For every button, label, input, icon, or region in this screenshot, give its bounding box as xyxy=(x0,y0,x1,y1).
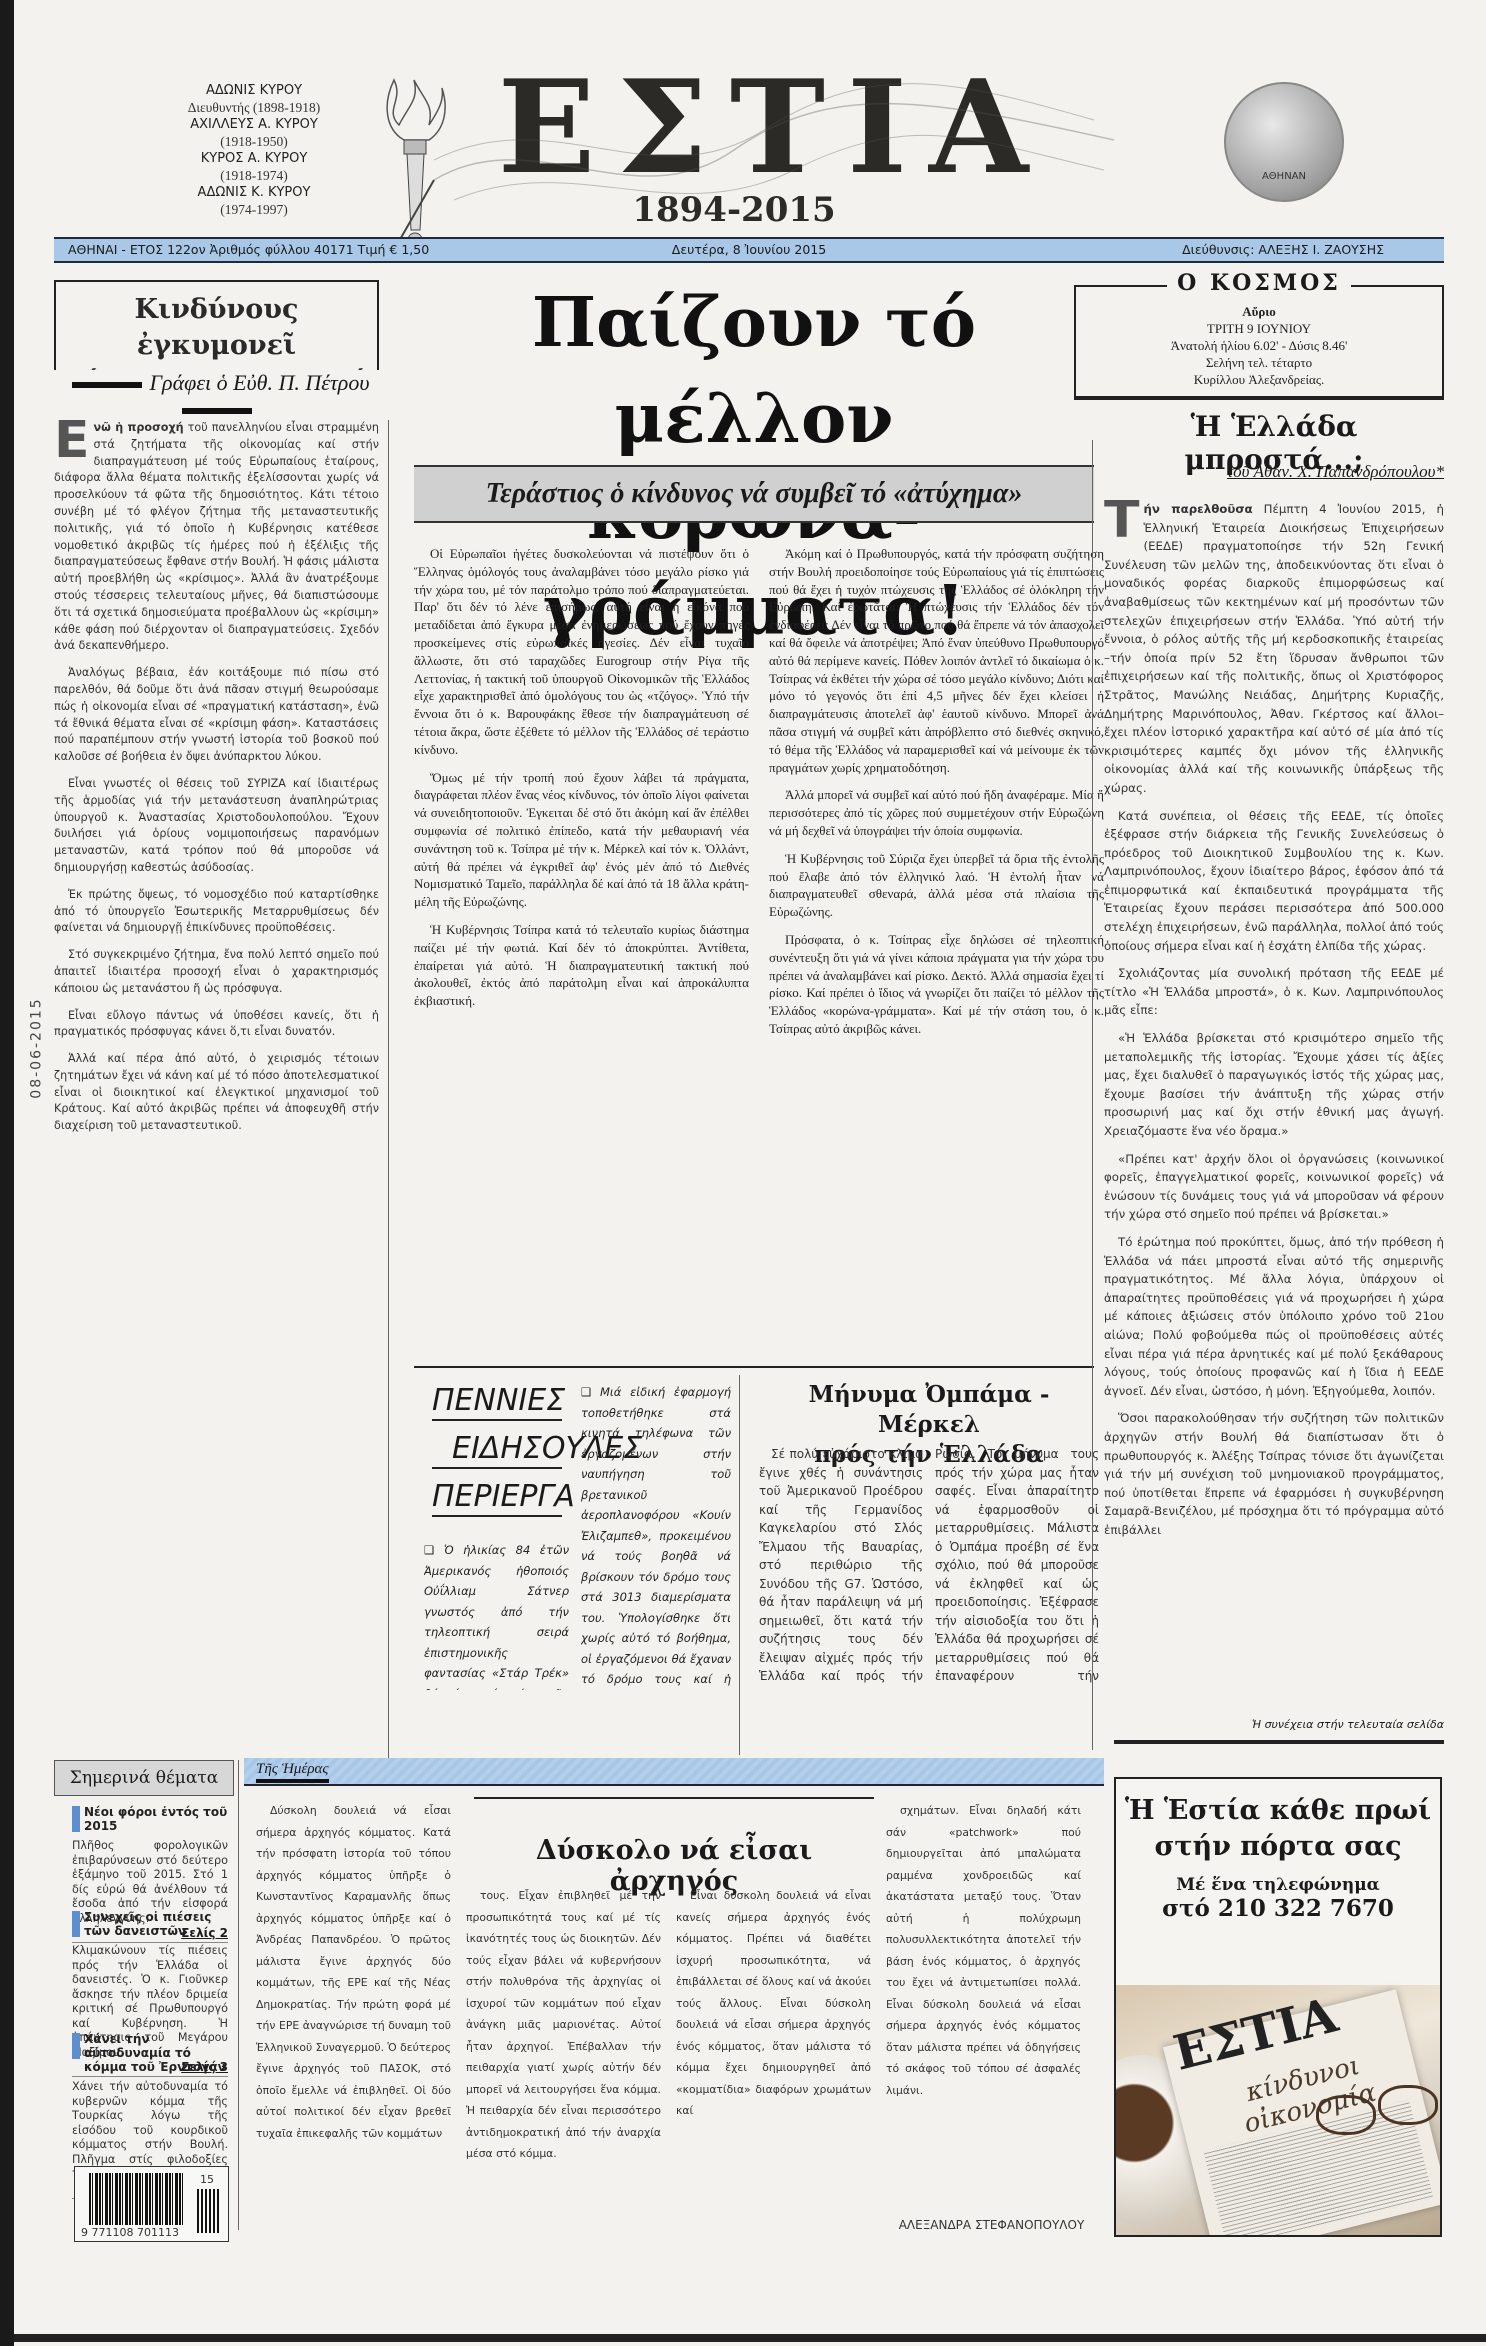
obama-merkel-body: Σέ πολύ εὐχάριστο κλίμα ἔγινε χθές ἡ συν… xyxy=(759,1445,1099,1690)
coin-legend: ΑΘΗΝΑΝ xyxy=(1226,171,1342,182)
tis-imeras-author: ΑΛΕΞΑΝΔΡΑ ΣΤΕΦΑΝΟΠΟΥΛΟΥ xyxy=(884,2218,1099,2232)
barcode-bars-icon xyxy=(89,2173,185,2225)
main-article-body: Οἱ Εὐρωπαῖοι ἡγέτες δυσκολεύονται νά πισ… xyxy=(414,545,1104,1325)
founder-4-years: (1974-1997) xyxy=(134,201,374,218)
logo-years: 1894-2015 xyxy=(584,190,884,230)
vertical-date: 08-06-2015 xyxy=(29,997,45,1098)
topic-title: Συνεχεῖς οἱ πιέσεις τῶν δανειστῶν xyxy=(72,1910,228,1938)
tis-imeras-section-bar: Τῆς Ἡμέρας xyxy=(244,1758,1104,1786)
tis-imeras-title-rule xyxy=(474,1797,874,1799)
tis-imeras-column: Δύσκολη δουλειά νά εἶσαι σήμερα ἀρχηγός … xyxy=(256,1800,451,2230)
kosmos-line: Ἀνατολή ἡλίου 6.02' - Δύσις 8.46' xyxy=(1076,337,1442,354)
main-article-rule xyxy=(414,1366,1094,1368)
right-dropcap: Τ xyxy=(1104,500,1139,540)
column-divider xyxy=(1092,440,1093,1750)
left-article-title-line1: Κινδύνους ἐγκυμονεῖ xyxy=(56,282,377,364)
left-paragraph: Ἀλλά καί πέρα ἀπό αὐτό, ὁ χειρισμός τέτο… xyxy=(54,1051,379,1135)
director-info: Διεύθυνσις: ΑΛΕΞΗΣ Ι. ΖΑΟΥΣΗΣ xyxy=(1182,239,1384,261)
newspaper-front-page: ΑΔΩΝΙΣ ΚΥΡΟΥ Διευθυντής (1898-1918) ΑΧΙΛ… xyxy=(14,0,1486,2346)
tis-imeras-column: τους. Εἶχαν ἐπιβληθεῖ μέ τήν προσωπικότη… xyxy=(466,1885,661,2230)
todays-topics-header: Σημερινά θέματα xyxy=(54,1760,234,1796)
left-paragraph: Στό συγκεκριμένο ζήτημα, ἔνα πολύ λεπτό … xyxy=(54,947,379,997)
kosmos-title: Ο ΚΟΣΜΟΣ xyxy=(1167,270,1351,296)
tis-imeras-column: Εἶναι δύσκολη δουλειά νά εἶναι κανείς σή… xyxy=(676,1885,871,2230)
right-paragraph: Τό ἐρώτημα πού προκύπτει, ὅμως, ἀπό τήν … xyxy=(1104,1233,1444,1400)
left-dropcap: Ε xyxy=(54,420,90,460)
main-paragraph: Πρόσφατα, ὁ κ. Τσίπρας εἶχε δηλώσει σέ τ… xyxy=(769,931,1104,1038)
page-bottom-edge xyxy=(14,2334,1486,2342)
founder-1-years: Διευθυντής (1898-1918) xyxy=(134,99,374,116)
founder-1-name: ΑΔΩΝΙΣ ΚΥΡΟΥ xyxy=(134,82,374,99)
gossip-item: ❑ Ὁ ἡλικίας 84 ἐτῶν Ἀμερικανός ἠθοποιός … xyxy=(424,1540,569,1690)
athena-coin-icon: ΑΘΗΝΑΝ xyxy=(1224,82,1344,202)
main-paragraph: Οἱ Εὐρωπαῖοι ἡγέτες δυσκολεύονται νά πισ… xyxy=(414,545,749,759)
main-paragraph: Ὅμως μέ τήν τροπή πού ἔχουν λάβει τά πρά… xyxy=(414,769,749,911)
barcode-number: 9 771108 701113 xyxy=(81,2226,179,2239)
gossip-logo: ΠΕΝΝΙΕΣ ΕΙΔΗΣΟΥΛΕΣ ΠΕΡΙΕΡΓΑ xyxy=(432,1383,562,1527)
right-paragraph: Σχολιάζοντας μία συνολική πρόταση τῆς ΕΕ… xyxy=(1104,964,1444,1020)
left-article-byline: Γράφει ὁ Εὐθ. Π. Πέτρου xyxy=(54,370,379,422)
left-paragraph: τοῦ πανελληνίου εἶναι στραμμένη στά ζητή… xyxy=(54,421,379,652)
right-article-body: Τήν παρελθοῦσα Πέμπτη 4 Ἰουνίου 2015, ἡ … xyxy=(1104,500,1444,1725)
kosmos-line: Αὔριο xyxy=(1076,303,1442,320)
tis-imeras-column: σχημάτων. Εἶναι δηλαδή κάτι σάν «patchwo… xyxy=(886,1800,1081,2210)
tis-imeras-paragraph: Δύσκολη δουλειά νά εἶσαι σήμερα ἀρχηγός … xyxy=(256,1800,451,2144)
ad-phone: στό 210 322 7670 xyxy=(1116,1895,1440,1922)
ad-headline-line1: Ἡ Ἑστία κάθε πρωί xyxy=(1116,1793,1440,1829)
founder-4-name: ΑΔΩΝΙΣ Κ. ΚΥΡΟΥ xyxy=(134,184,374,201)
kosmos-box: Ο ΚΟΣΜΟΣ Αὔριο ΤΡΙΤΗ 9 ΙΟΥΝΙΟΥ Ἀνατολή ἡ… xyxy=(1074,285,1444,400)
right-paragraph: Πέμπτη 4 Ἰουνίου 2015, ἡ Ἑλληνική Ἑταιρε… xyxy=(1104,502,1444,795)
subscription-ad[interactable]: Ἡ Ἑστία κάθε πρωί στήν πόρτα σας Μέ ἕνα … xyxy=(1114,1777,1442,2237)
left-lead-bold: νῶ ἡ προσοχή xyxy=(94,421,184,434)
topic-title: Χάνει τήν αὐτοδυναμία τό κόμμα τοῦ Ἐρντο… xyxy=(72,2032,228,2074)
obama-merkel-paragraph: Σέ πολύ εὐχάριστο κλίμα ἔγινε χθές ἡ συν… xyxy=(759,1445,1099,1690)
main-paragraph: Ἡ Κυβέρνησις τοῦ Σύριζα ἔχει ὑπερβεῖ τά … xyxy=(769,850,1104,921)
founders-list: ΑΔΩΝΙΣ ΚΥΡΟΥ Διευθυντής (1898-1918) ΑΧΙΛ… xyxy=(134,82,374,218)
tis-imeras-paragraph: σχημάτων. Εἶναι δηλαδή κάτι σάν «patchwo… xyxy=(886,1800,1081,2101)
left-paragraph: Εἶναι γνωστές οἱ θέσεις τοῦ ΣΥΡΙΖΑ καί ἰ… xyxy=(54,776,379,877)
ad-subline: Μέ ἕνα τηλεφώνημα xyxy=(1116,1875,1440,1895)
glasses-icon xyxy=(1316,2095,1376,2135)
kosmos-line: Κυρίλλου Ἀλεξανδρείας. xyxy=(1076,371,1442,388)
left-paragraph: Ἀναλόγως βέβαια, ἐάν κοιτάξουμε πιό πίσω… xyxy=(54,665,379,766)
glasses-icon xyxy=(1378,2085,1438,2125)
left-paragraph: Ἐκ πρώτης ὄψεως, τό νομοσχέδιο πού καταρ… xyxy=(54,887,379,937)
founder-2-years: (1918-1950) xyxy=(134,133,374,150)
main-paragraph: Ἀλλά μπορεῖ νά συμβεῖ καί αὐτό πού ἤδη ἀ… xyxy=(769,786,1104,839)
right-paragraph: «Πρέπει κατ' ἀρχήν ὅλοι οἱ ὀργανώσεις (κ… xyxy=(1104,1150,1444,1224)
left-paragraph: Εἶναι εὔλογο πάντως νά ὑποθέσει κανείς, … xyxy=(54,1008,379,1042)
column-divider xyxy=(388,420,389,1760)
left-article-body: Ενῶ ἡ προσοχή τοῦ πανελληνίου εἶναι στρα… xyxy=(54,420,379,1695)
right-paragraph: Κατά συνέπεια, οἱ θέσεις τῆς ΕΕΔΕ, τίς ὁ… xyxy=(1104,807,1444,956)
obama-merkel-title-line1: Μήνυμα Ὀμπάμα - Μέρκελ xyxy=(754,1380,1104,1440)
gossip-logo-line2: ΕΙΔΗΣΟΥΛΕΣ xyxy=(432,1431,562,1469)
right-article-byline: τοῦ Ἀθαν. Χ. Παπανδρόπουλου* xyxy=(1104,462,1444,482)
masthead-info-bar: ΑΘΗΝΑΙ - ΕΤΟΣ 122ον Ἀριθμός φύλλου 40171… xyxy=(54,237,1444,263)
tis-imeras-paragraph: Εἶναι δύσκολη δουλειά νά εἶναι κανείς σή… xyxy=(676,1885,871,2122)
left-article-title-box: Κινδύνους ἐγκυμονεῖ τό μεταναστευτικό xyxy=(54,280,379,380)
gossip-item: ❑ Μιά εἰδική ἐφαρμογή τοποθετήθηκε στά κ… xyxy=(581,1382,731,1690)
founder-2-name: ΑΧΙΛΛΕΥΣ Α. ΚΥΡΟΥ xyxy=(134,116,374,133)
column-divider xyxy=(238,1760,239,2230)
right-column-rule xyxy=(1114,1740,1444,1744)
topic-title: Νέοι φόροι ἐντός τοῦ 2015 xyxy=(72,1805,228,1833)
right-paragraph: «Ἡ Ἑλλάδα βρίσκεται στό κρισιμότερο σημε… xyxy=(1104,1029,1444,1141)
column-divider xyxy=(739,1375,740,1755)
kosmos-line: ΤΡΙΤΗ 9 ΙΟΥΝΙΟΥ xyxy=(1076,320,1442,337)
ad-photo: ΕΣΤΙΑ κίνδυνοι οἰκονομία xyxy=(1116,1985,1440,2235)
left-byline-text: Γράφει ὁ Εὐθ. Π. Πέτρου xyxy=(150,370,370,395)
barcode-addon-bars-icon xyxy=(197,2189,219,2233)
barcode: 9 771108 701113 15 xyxy=(74,2166,229,2242)
right-paragraph: Ὅσοι παρακολούθησαν τήν συζήτηση τῶν πολ… xyxy=(1104,1409,1444,1539)
gossip-logo-line3: ΠΕΡΙΕΡΓΑ xyxy=(432,1479,562,1517)
tis-imeras-label: Τῆς Ἡμέρας xyxy=(256,1761,329,1783)
continuation-link[interactable]: Ἡ συνέχεια στήν τελευταία σελίδα xyxy=(1104,1718,1444,1731)
main-paragraph: Ἀκόμη καί ὁ Πρωθυπουργός, κατά τήν πρόσφ… xyxy=(769,545,1104,776)
main-headline-line1: Παίζουν τό μέλλον xyxy=(404,275,1104,467)
kosmos-line: Σελήνη τελ. τέταρτο xyxy=(1076,354,1442,371)
ad-headline-line2: στήν πόρτα σας xyxy=(1116,1829,1440,1865)
right-lead-bold: ήν παρελθοῦσα xyxy=(1143,502,1252,516)
founder-3-name: ΚΥΡΟΣ Α. ΚΥΡΟΥ xyxy=(134,150,374,167)
gossip-logo-line1: ΠΕΝΝΙΕΣ xyxy=(432,1383,562,1421)
main-paragraph: Ἡ Κυβέρνησις Τσίπρα κατά τό τελευταῖο κυ… xyxy=(414,921,749,1010)
tis-imeras-paragraph: τους. Εἶχαν ἐπιβληθεῖ μέ τήν προσωπικότη… xyxy=(466,1885,661,2165)
main-subheadline: Τεράστιος ὁ κίνδυνος νά συμβεῖ τό «ἀτύχη… xyxy=(414,465,1094,523)
founder-3-years: (1918-1974) xyxy=(134,167,374,184)
barcode-addon: 15 xyxy=(200,2173,214,2186)
